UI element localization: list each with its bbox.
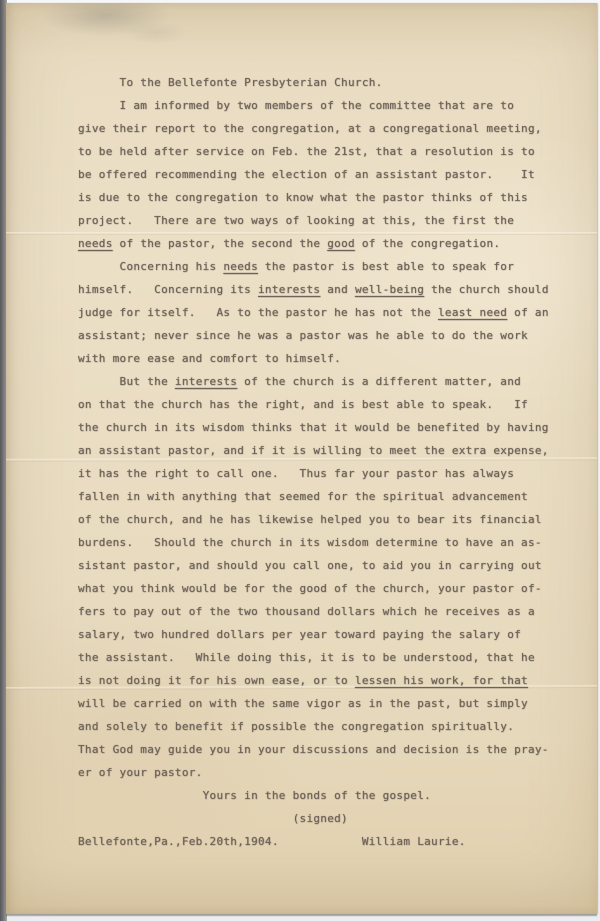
letter-paper: To the Bellefonte Presbyterian Church. I… bbox=[6, 3, 597, 914]
letter-line: with more ease and comfort to himself. bbox=[78, 347, 549, 370]
text-segment: give their report to the congregation, a… bbox=[78, 122, 542, 135]
text-segment: with more ease and comfort to himself. bbox=[78, 352, 341, 365]
text-segment: assistant; never since he was a pastor w… bbox=[78, 329, 528, 342]
letter-line: That God may guide you in your discussio… bbox=[78, 738, 549, 761]
letter-line: Bellefonte,Pa.,Feb.20th,1904. William La… bbox=[78, 830, 549, 853]
text-segment: it has the right to call one. Thus far y… bbox=[78, 467, 514, 480]
letter-line: of the church, and he has likewise helpe… bbox=[78, 508, 549, 531]
text-segment: That God may guide you in your discussio… bbox=[78, 743, 549, 756]
underlined-word: lessen his work, for that bbox=[355, 674, 528, 687]
letter-line: Yours in the bonds of the gospel. bbox=[78, 784, 549, 807]
letter-line: salary, two hundred dollars per year tow… bbox=[78, 623, 549, 646]
letter-line: But the interests of the church is a dif… bbox=[78, 370, 549, 393]
text-segment: To the Bellefonte Presbyterian Church. bbox=[78, 76, 383, 89]
text-segment: be offered recommending the election of … bbox=[78, 168, 535, 181]
text-segment: and bbox=[320, 283, 355, 296]
letter-line: on that the church has the right, and is… bbox=[78, 393, 549, 416]
text-segment: is not doing it for his own ease, or to bbox=[78, 674, 355, 687]
text-segment: is due to the congregation to know what … bbox=[78, 191, 528, 204]
underlined-word: needs bbox=[223, 260, 258, 273]
letter-line: the church in its wisdom thinks that it … bbox=[78, 416, 549, 439]
text-segment: and solely to benefit if possible the co… bbox=[78, 720, 514, 733]
text-segment: on that the church has the right, and is… bbox=[78, 398, 528, 411]
text-segment: er of your pastor. bbox=[78, 766, 203, 779]
text-segment: what you think would be for the good of … bbox=[78, 582, 542, 595]
text-segment: will be carried on with the same vigor a… bbox=[78, 697, 528, 710]
text-segment: of an bbox=[507, 306, 549, 319]
letter-line: (signed) bbox=[78, 807, 549, 830]
text-segment: the church in its wisdom thinks that it … bbox=[78, 421, 549, 434]
text-segment: But the bbox=[78, 375, 175, 388]
text-segment: the pastor is best able to speak for bbox=[258, 260, 514, 273]
underlined-word: needs bbox=[78, 237, 113, 250]
underlined-word: least need bbox=[438, 306, 507, 319]
letter-line: the assistant. While doing this, it is t… bbox=[78, 646, 549, 669]
underlined-word: interests bbox=[258, 283, 320, 296]
letter-line: judge for itself. As to the pastor he ha… bbox=[78, 301, 549, 324]
text-segment: project. There are two ways of looking a… bbox=[78, 214, 514, 227]
underlined-word: interests bbox=[175, 375, 237, 388]
letter-line: To the Bellefonte Presbyterian Church. bbox=[78, 71, 549, 94]
text-segment: an assistant pastor, and if it is willin… bbox=[78, 444, 549, 457]
text-segment: salary, two hundred dollars per year tow… bbox=[78, 628, 521, 641]
letter-line: give their report to the congregation, a… bbox=[78, 117, 549, 140]
letter-line: assistant; never since he was a pastor w… bbox=[78, 324, 549, 347]
text-segment: the assistant. While doing this, it is t… bbox=[78, 651, 535, 664]
text-segment: fallen in with anything that seemed for … bbox=[78, 490, 528, 503]
letter-line: an assistant pastor, and if it is willin… bbox=[78, 439, 549, 462]
text-segment: of the church is a different matter, and bbox=[237, 375, 521, 388]
underlined-word: well-being bbox=[355, 283, 424, 296]
letter-line: and solely to benefit if possible the co… bbox=[78, 715, 549, 738]
text-segment: Bellefonte,Pa.,Feb.20th,1904. William La… bbox=[78, 835, 466, 848]
letter-line: sistant pastor, and should you call one,… bbox=[78, 554, 549, 577]
text-segment: the church should bbox=[424, 283, 549, 296]
text-segment: Yours in the bonds of the gospel. bbox=[78, 789, 431, 802]
text-segment: of the church, and he has likewise helpe… bbox=[78, 513, 542, 526]
letter-line: er of your pastor. bbox=[78, 761, 549, 784]
letter-line: what you think would be for the good of … bbox=[78, 577, 549, 600]
letter-line: burdens. Should the church in its wisdom… bbox=[78, 531, 549, 554]
text-segment: (signed) bbox=[78, 812, 348, 825]
typewritten-letter-body: To the Bellefonte Presbyterian Church. I… bbox=[78, 71, 549, 853]
letter-line: is due to the congregation to know what … bbox=[78, 186, 549, 209]
text-segment: Concerning his bbox=[78, 260, 223, 273]
underlined-word: good bbox=[327, 237, 355, 250]
text-segment: sistant pastor, and should you call one,… bbox=[78, 559, 542, 572]
letter-line: needs of the pastor, the second the good… bbox=[78, 232, 549, 255]
letter-line: Concerning his needs the pastor is best … bbox=[78, 255, 549, 278]
letter-line: fers to pay out of the two thousand doll… bbox=[78, 600, 549, 623]
text-segment: of the pastor, the second the bbox=[113, 237, 328, 250]
letter-line: will be carried on with the same vigor a… bbox=[78, 692, 549, 715]
letter-line: it has the right to call one. Thus far y… bbox=[78, 462, 549, 485]
letter-line: to be held after service on Feb. the 21s… bbox=[78, 140, 549, 163]
text-segment: I am informed by two members of the comm… bbox=[78, 99, 514, 112]
text-segment: to be held after service on Feb. the 21s… bbox=[78, 145, 535, 158]
text-segment: burdens. Should the church in its wisdom… bbox=[78, 536, 542, 549]
text-segment: fers to pay out of the two thousand doll… bbox=[78, 605, 535, 618]
text-segment: judge for itself. As to the pastor he ha… bbox=[78, 306, 438, 319]
letter-line: himself. Concerning its interests and we… bbox=[78, 278, 549, 301]
text-segment: of the congregation. bbox=[355, 237, 500, 250]
letter-line: I am informed by two members of the comm… bbox=[78, 94, 549, 117]
letter-line: is not doing it for his own ease, or to … bbox=[78, 669, 549, 692]
scanned-letter-frame: To the Bellefonte Presbyterian Church. I… bbox=[0, 0, 600, 921]
letter-line: fallen in with anything that seemed for … bbox=[78, 485, 549, 508]
letter-line: project. There are two ways of looking a… bbox=[78, 209, 549, 232]
letter-line: be offered recommending the election of … bbox=[78, 163, 549, 186]
text-segment: himself. Concerning its bbox=[78, 283, 258, 296]
